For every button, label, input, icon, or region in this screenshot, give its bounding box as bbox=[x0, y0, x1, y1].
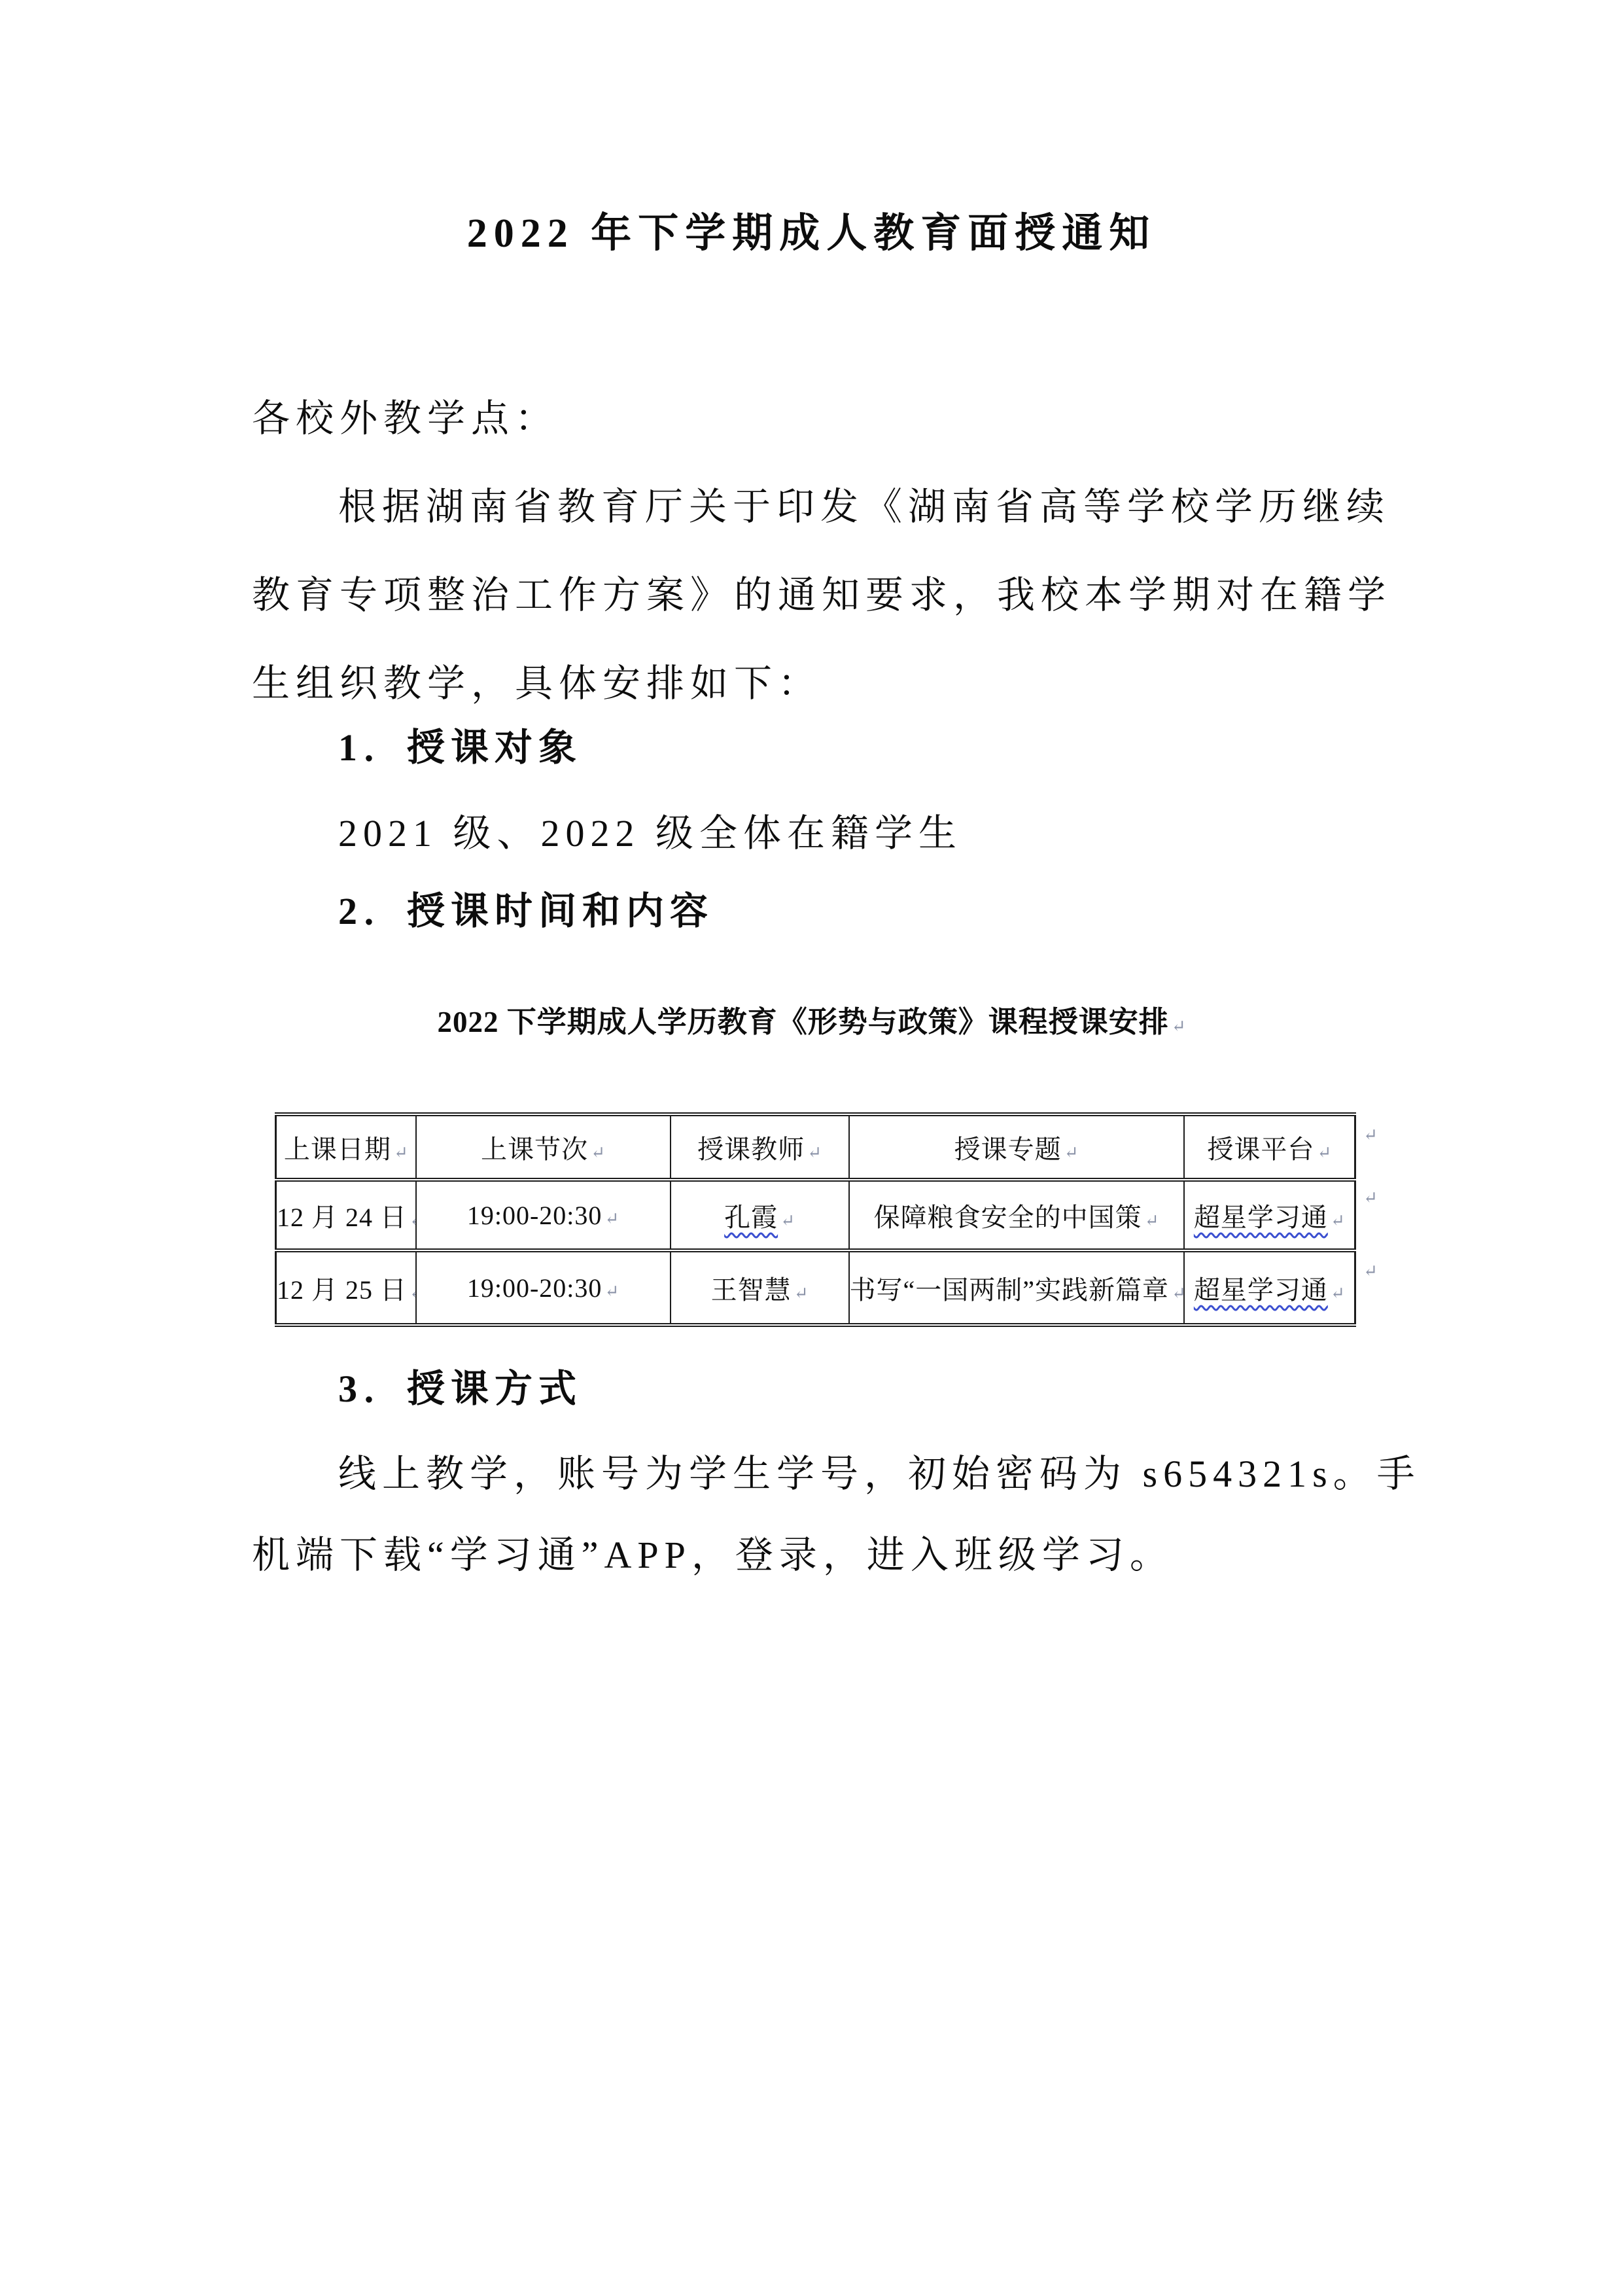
end-of-row-mark-icon: ↵ bbox=[1363, 1125, 1378, 1145]
cell-teacher: 王智慧↵ bbox=[671, 1250, 849, 1325]
schedule-table: 上课日期↵ 上课节次↵ 授课教师↵ 授课专题↵ 授课平台↵ 12 月 24 日↵… bbox=[275, 1112, 1356, 1327]
cell-platform: 超星学习通↵ bbox=[1184, 1250, 1355, 1325]
paragraph-return-icon: ↵ bbox=[1172, 1284, 1183, 1303]
end-of-row-mark-icon: ↵ bbox=[1363, 1188, 1378, 1208]
schedule-table-wrapper: 上课日期↵ 上课节次↵ 授课教师↵ 授课专题↵ 授课平台↵ 12 月 24 日↵… bbox=[275, 1112, 1354, 1327]
cell-text: 19:00-20:30 bbox=[467, 1201, 602, 1230]
cell-text: 超星学习通 bbox=[1194, 1203, 1328, 1232]
paragraph-return-icon: ↵ bbox=[410, 1211, 416, 1230]
section-heading-2: 2．授课时间和内容 bbox=[252, 885, 714, 938]
paragraph-return-icon: ↵ bbox=[394, 1143, 408, 1162]
paragraph-return-icon: ↵ bbox=[1331, 1211, 1345, 1230]
cell-teacher: 孔霞↵ bbox=[671, 1180, 849, 1250]
header-label: 上课节次 bbox=[481, 1135, 588, 1164]
section1-content: 2021 级、2022 级全体在籍学生 bbox=[252, 807, 962, 860]
header-cell-topic: 授课专题↵ bbox=[849, 1114, 1184, 1180]
document-title: 2022 年下学期成人教育面授通知 bbox=[0, 204, 1623, 263]
cell-date: 12 月 25 日↵ bbox=[276, 1250, 416, 1325]
cell-session: 19:00-20:30↵ bbox=[416, 1250, 671, 1325]
cell-text: 12 月 25 日 bbox=[277, 1275, 407, 1305]
cell-text: 孔霞 bbox=[724, 1203, 778, 1232]
paragraph-return-icon: ↵ bbox=[780, 1211, 795, 1230]
paragraph-return-icon: ↵ bbox=[807, 1143, 822, 1162]
end-of-row-mark-icon: ↵ bbox=[1363, 1262, 1378, 1281]
header-cell-platform: 授课平台↵ bbox=[1184, 1114, 1355, 1180]
header-cell-teacher: 授课教师↵ bbox=[671, 1114, 849, 1180]
paragraph2-line1: 线上教学，账号为学生学号，初始密码为 s654321s。手 bbox=[252, 1448, 1421, 1500]
header-cell-session: 上课节次↵ bbox=[416, 1114, 671, 1180]
table-row: 12 月 25 日↵ 19:00-20:30↵ 王智慧↵ 书写“一国两制”实践新… bbox=[276, 1250, 1355, 1325]
header-label: 授课平台 bbox=[1207, 1135, 1314, 1164]
paragraph-return-icon: ↵ bbox=[604, 1209, 619, 1228]
cell-topic: 保障粮食安全的中国策↵ bbox=[849, 1180, 1184, 1250]
paragraph-return-icon: ↵ bbox=[1331, 1284, 1345, 1303]
paragraph-return-icon: ↵ bbox=[1145, 1211, 1159, 1230]
header-label: 上课日期 bbox=[284, 1135, 391, 1164]
cell-topic: 书写“一国两制”实践新篇章↵ bbox=[849, 1250, 1184, 1325]
header-label: 授课专题 bbox=[954, 1135, 1062, 1164]
paragraph1-line3: 生组织教学，具体安排如下： bbox=[252, 658, 822, 710]
cell-text: 保障粮食安全的中国策 bbox=[874, 1203, 1142, 1232]
paragraph-return-icon: ↵ bbox=[604, 1282, 619, 1301]
header-label: 授课教师 bbox=[697, 1135, 805, 1164]
table-row: 12 月 24 日↵ 19:00-20:30↵ 孔霞↵ 保障粮食安全的中国策↵ … bbox=[276, 1180, 1355, 1250]
paragraph1-line2: 教育专项整治工作方案》的通知要求，我校本学期对在籍学 bbox=[252, 569, 1391, 622]
paragraph-return-icon: ↵ bbox=[410, 1284, 416, 1303]
table-caption: 2022 下学期成人学历教育《形势与政策》课程授课安排↵ bbox=[0, 1002, 1623, 1046]
table-caption-text: 2022 下学期成人学历教育《形势与政策》课程授课安排 bbox=[437, 1006, 1168, 1038]
salutation-line: 各校外教学点： bbox=[252, 393, 559, 445]
document-page: 2022 年下学期成人教育面授通知 各校外教学点： 根据湖南省教育厅关于印发《湖… bbox=[0, 0, 1623, 2296]
cell-text: 12 月 24 日 bbox=[277, 1203, 407, 1232]
paragraph-return-icon: ↵ bbox=[1317, 1143, 1331, 1162]
cell-text: 19:00-20:30 bbox=[467, 1273, 602, 1303]
cell-platform: 超星学习通↵ bbox=[1184, 1180, 1355, 1250]
cell-text: 书写“一国两制”实践新篇章 bbox=[850, 1275, 1170, 1305]
table-header-row: 上课日期↵ 上课节次↵ 授课教师↵ 授课专题↵ 授课平台↵ bbox=[276, 1114, 1355, 1180]
header-cell-date: 上课日期↵ bbox=[276, 1114, 416, 1180]
section-heading-3: 3．授课方式 bbox=[252, 1363, 582, 1415]
section-heading-1: 1．授课对象 bbox=[252, 722, 582, 774]
paragraph-return-icon: ↵ bbox=[591, 1143, 605, 1162]
paragraph-return-icon: ↵ bbox=[1064, 1143, 1079, 1162]
paragraph-return-icon: ↵ bbox=[1172, 1017, 1186, 1036]
cell-session: 19:00-20:30↵ bbox=[416, 1180, 671, 1250]
paragraph-return-icon: ↵ bbox=[794, 1284, 809, 1303]
cell-date: 12 月 24 日↵ bbox=[276, 1180, 416, 1250]
cell-text: 王智慧 bbox=[711, 1275, 792, 1305]
paragraph1-line1: 根据湖南省教育厅关于印发《湖南省高等学校学历继续 bbox=[252, 481, 1390, 533]
paragraph2-line2: 机端下载“学习通”APP，登录，进入班级学习。 bbox=[252, 1529, 1174, 1581]
cell-text: 超星学习通 bbox=[1194, 1275, 1328, 1305]
